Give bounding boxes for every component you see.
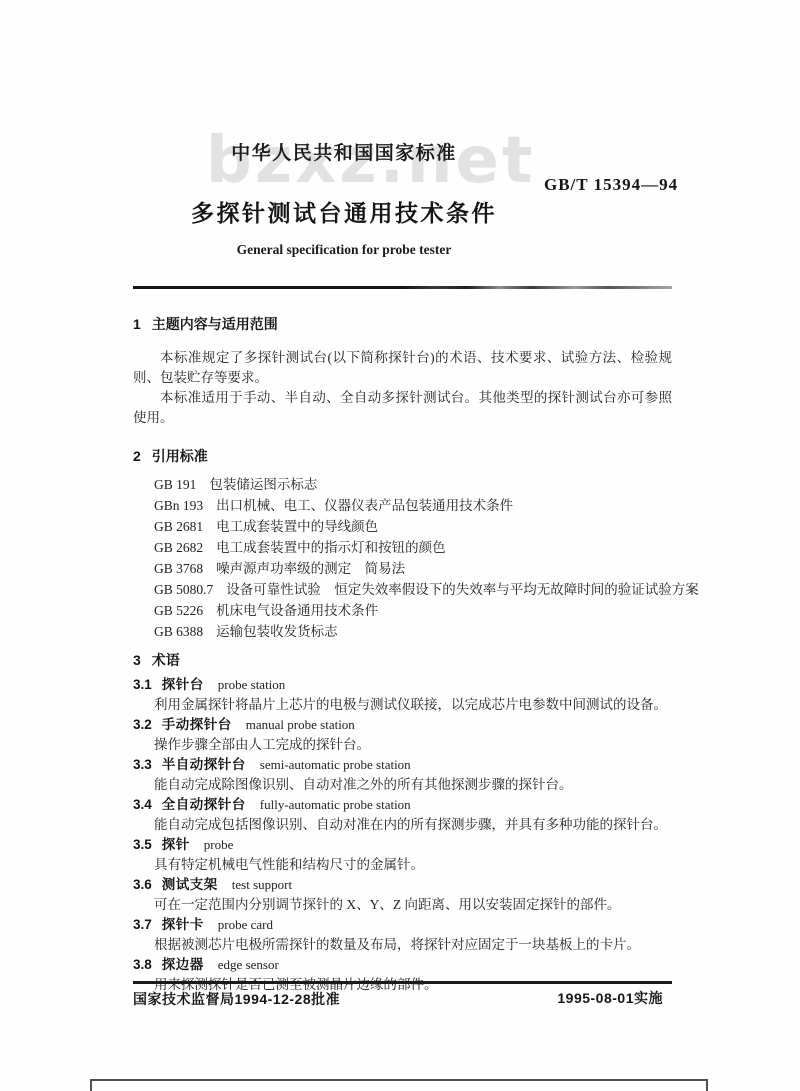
term-definition: 能自动完成包括图像识别、自动对准在内的所有探测步骤，并具有多种功能的探针台。 [133, 815, 672, 835]
term-definition: 可在一定范围内分别调节探针的 X、Y、Z 向距离、用以安装固定探针的部件。 [133, 895, 672, 915]
term-name-en: probe [204, 837, 234, 852]
term-heading: 3.3半自动探针台semi-automatic probe station [133, 755, 672, 775]
term-name-en: fully-automatic probe station [260, 797, 411, 812]
reference-code: GB 5080.7 [154, 582, 213, 597]
reference-item: GB 6388运输包装收发货标志 [154, 621, 672, 642]
section-1-number: 1 [133, 316, 141, 332]
reference-title: 出口机械、电工、仪器仪表产品包装通用技术条件 [216, 498, 513, 513]
term-name-en: probe card [218, 917, 273, 932]
term-name-en: probe station [218, 677, 286, 692]
term-name-cn: 测试支架 [162, 877, 218, 892]
next-page-edge [90, 1079, 708, 1091]
reference-code: GB 191 [154, 477, 196, 492]
reference-code: GBn 193 [154, 498, 203, 513]
term-definition: 具有特定机械电气性能和结构尺寸的金属针。 [133, 855, 672, 875]
reference-item: GB 2681电工成套装置中的导线颜色 [154, 516, 672, 537]
term-heading: 3.5探针probe [133, 835, 672, 855]
term-name-cn: 手动探针台 [162, 717, 232, 732]
term-number: 3.1 [133, 677, 152, 692]
reference-code: GB 2681 [154, 519, 203, 534]
term-number: 3.3 [133, 757, 152, 772]
term-number: 3.6 [133, 877, 152, 892]
section-1-paragraph: 本标准适用于手动、半自动、全自动多探针测试台。其他类型的探针测试台亦可参照使用。 [133, 388, 672, 428]
section-2-title: 引用标准 [152, 448, 208, 464]
term-number: 3.2 [133, 717, 152, 732]
term-heading: 3.8探边器edge sensor [133, 955, 672, 975]
reference-item: GB 191包装储运图示标志 [154, 474, 672, 495]
section-1-title: 主题内容与适用范围 [152, 316, 278, 332]
reference-list: GB 191包装储运图示标志 GBn 193出口机械、电工、仪器仪表产品包装通用… [154, 474, 672, 642]
reference-code: GB 2682 [154, 540, 203, 555]
term-name-cn: 探针 [162, 837, 190, 852]
term-number: 3.5 [133, 837, 152, 852]
reference-title: 机床电气设备通用技术条件 [216, 603, 378, 618]
term-name-en: semi-automatic probe station [260, 757, 411, 772]
approval-note: 国家技术监督局1994-12-28批准 [133, 989, 340, 1009]
term-name-cn: 半自动探针台 [162, 757, 246, 772]
reference-code: GB 6388 [154, 624, 203, 639]
section-3-number: 3 [133, 652, 141, 668]
document-title-en: General specification for probe tester [0, 242, 688, 258]
term-number: 3.4 [133, 797, 152, 812]
term-definition: 根据被测芯片电极所需探针的数量及布局，将探针对应固定于一块基板上的卡片。 [133, 935, 672, 955]
reference-item: GB 3768噪声源声功率级的测定 简易法 [154, 558, 672, 579]
implementation-note: 1995-08-01实施 [557, 988, 663, 1008]
terms-list: 3.1探针台probe station 利用金属探针将晶片上芯片的电极与测试仪联… [133, 675, 672, 995]
term-definition: 操作步骤全部由人工完成的探针台。 [133, 735, 672, 755]
reference-title: 运输包装收发货标志 [216, 624, 338, 639]
standard-document-page: bzxz.net 中华人民共和国国家标准 GB/T 15394—94 多探针测试… [0, 0, 800, 1091]
reference-title: 包装储运图示标志 [209, 477, 317, 492]
reference-item: GBn 193出口机械、电工、仪器仪表产品包装通用技术条件 [154, 495, 672, 516]
section-3-title: 术语 [152, 652, 180, 668]
term-heading: 3.7探针卡probe card [133, 915, 672, 935]
term-name-en: manual probe station [246, 717, 355, 732]
term-number: 3.8 [133, 957, 152, 972]
section-3-heading: 3术语 [133, 650, 672, 670]
document-title-cn: 多探针测试台通用技术条件 [0, 195, 688, 228]
term-name-cn: 探针卡 [162, 917, 204, 932]
term-heading: 3.6测试支架test support [133, 875, 672, 895]
section-1-heading: 1主题内容与适用范围 [133, 314, 672, 334]
reference-code: GB 3768 [154, 561, 203, 576]
reference-title: 电工成套装置中的导线颜色 [216, 519, 378, 534]
reference-title: 噪声源声功率级的测定 简易法 [216, 561, 405, 576]
term-heading: 3.4全自动探针台fully-automatic probe station [133, 795, 672, 815]
term-number: 3.7 [133, 917, 152, 932]
reference-item: GB 5226机床电气设备通用技术条件 [154, 600, 672, 621]
term-name-en: test support [232, 877, 292, 892]
term-name-cn: 全自动探针台 [162, 797, 246, 812]
section-1-paragraph: 本标准规定了多探针测试台(以下简称探针台)的术语、技术要求、试验方法、检验规则、… [133, 348, 672, 388]
reference-item: GB 5080.7设备可靠性试验 恒定失效率假设下的失效率与平均无故障时间的验证… [154, 579, 672, 600]
footer-divider [133, 981, 672, 984]
header-divider [133, 286, 672, 289]
section-2-number: 2 [133, 448, 141, 464]
national-standard-label: 中华人民共和国国家标准 [0, 138, 688, 165]
term-heading: 3.2手动探针台manual probe station [133, 715, 672, 735]
reference-item: GB 2682电工成套装置中的指示灯和按钮的颜色 [154, 537, 672, 558]
term-name-cn: 探边器 [162, 957, 204, 972]
section-2-heading: 2引用标准 [133, 446, 672, 466]
reference-title: 电工成套装置中的指示灯和按钮的颜色 [216, 540, 446, 555]
term-heading: 3.1探针台probe station [133, 675, 672, 695]
document-body: 1主题内容与适用范围 本标准规定了多探针测试台(以下简称探针台)的术语、技术要求… [133, 304, 672, 995]
reference-code: GB 5226 [154, 603, 203, 618]
term-name-en: edge sensor [218, 957, 279, 972]
standard-code: GB/T 15394—94 [544, 175, 678, 195]
term-definition: 能自动完成除图像识别、自动对准之外的所有其他探测步骤的探针台。 [133, 775, 672, 795]
term-name-cn: 探针台 [162, 677, 204, 692]
reference-title: 设备可靠性试验 恒定失效率假设下的失效率与平均无故障时间的验证试验方案 [226, 582, 699, 597]
term-definition: 利用金属探针将晶片上芯片的电极与测试仪联接，以完成芯片电参数中间测试的设备。 [133, 695, 672, 715]
